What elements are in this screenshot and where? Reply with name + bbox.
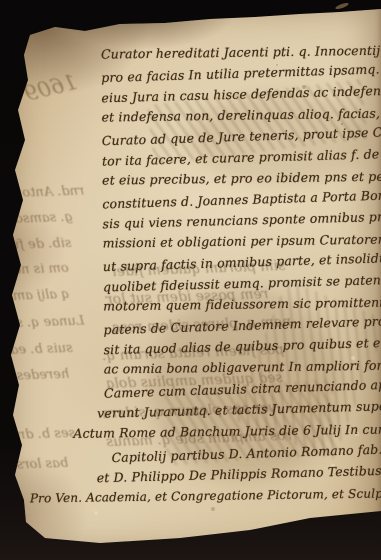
manuscript-line: Curator hereditati Jacenti pti. q. Innoc… — [101, 44, 381, 61]
manuscript-line: Pro Ven. Academia, et Congregatione Pict… — [30, 487, 381, 504]
manuscript-line: verunt Juraruntq. et tactis Juramentum s… — [97, 399, 381, 420]
manuscript-line: motorem quem fideiussorem sic promittent… — [103, 296, 381, 313]
manuscript-line: quolibet fideiussit eumq. promisit se pa… — [103, 273, 381, 294]
manuscript-line: pro ea facias In utilia pretermittas ips… — [101, 63, 381, 85]
manuscript-line: eius Jura in casu hisce defendas ac inde… — [101, 85, 381, 105]
ink-speck — [335, 2, 350, 11]
manuscript-line: missioni et obligationi per ipsum Curato… — [103, 234, 381, 251]
manuscript-line: Actum Rome ad Banchum Juris die 6 Julij … — [73, 423, 381, 440]
foxing-specks — [0, 0, 2, 2]
manuscript-line: et eius precibus, et pro eo ibidem pns e… — [102, 170, 381, 187]
manuscript-line: ac omnia bona obligaverunt In ampliori f… — [104, 359, 381, 376]
manuscript-line: et indefensa non, derelinquas alioq. fac… — [101, 107, 381, 124]
manuscript-line: et D. Philippo De Philippis Romano Testi… — [97, 465, 381, 485]
manuscript-line: tor ita facere, et curare promisit alias… — [102, 147, 381, 168]
manuscript-line: patens de Curatore Indemnem relevare pro… — [103, 315, 381, 337]
manuscript-line: Camere cum clausulis citra renunciando a… — [104, 377, 381, 401]
manuscript-page: rnd. Antonia g. samsons sib. de fus om i… — [0, 0, 381, 560]
manuscript-line: Capitolij partibus D. Antonio Romano fab… — [111, 443, 381, 465]
manuscript-line: ut supra factis in omnibus parte, et ins… — [103, 252, 381, 274]
manuscript-line: Curato ad que de Jure teneris, prout ips… — [102, 126, 381, 148]
manuscript-text-block: Curator hereditati Jacenti pti. q. Innoc… — [0, 0, 381, 560]
manuscript-photo: rnd. Antonia g. samsons sib. de fus om i… — [0, 0, 381, 560]
manuscript-line: constituens d. Joannes Baptista a Porta … — [102, 188, 381, 211]
manuscript-line: sis qui viens renuncians sponte omnibus … — [102, 211, 381, 231]
folio-number-pencil: 206 — [46, 13, 66, 27]
manuscript-line: sit ita quod alias de quibus pro quibus … — [103, 337, 381, 357]
